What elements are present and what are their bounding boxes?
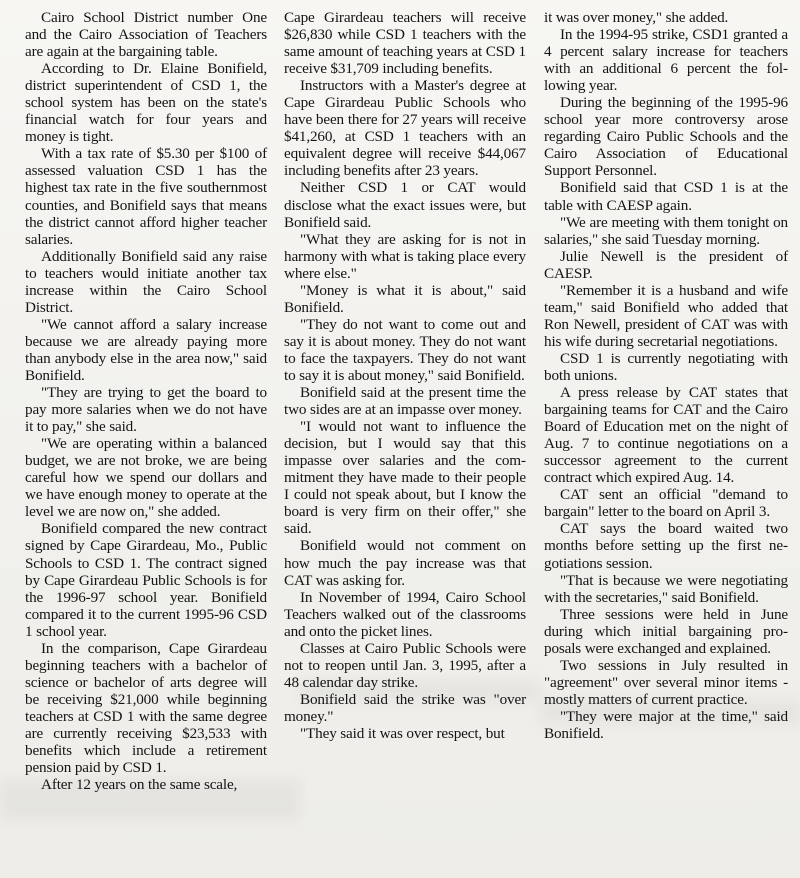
paragraph: CAT sent an official "demand to bargain"… bbox=[544, 486, 788, 520]
paragraph: "They do not want to come out and say it… bbox=[284, 316, 526, 384]
paragraph: Bonifield would not comment on how much … bbox=[284, 537, 526, 588]
paragraph: Neither CSD 1 or CAT would disclose what… bbox=[284, 179, 526, 230]
paragraph: "I would not want to influence the decis… bbox=[284, 418, 526, 537]
paragraph: Julie Newell is the president of CAESP. bbox=[544, 248, 788, 282]
newspaper-clipping: Cairo School District number One and the… bbox=[0, 0, 800, 878]
paragraph: In November of 1994, Cairo School Teache… bbox=[284, 589, 526, 640]
paragraph: "They were major at the time," said Boni… bbox=[544, 708, 788, 742]
paragraph-continued: Cape Girardeau teachers will receive $26… bbox=[284, 9, 526, 77]
paragraph: "We cannot afford a salary increase beca… bbox=[25, 316, 267, 384]
paragraph: "We are meeting with them tonight on sal… bbox=[544, 214, 788, 248]
paragraph: "We are operating within a bal­anced bud… bbox=[25, 435, 267, 520]
paragraph: "What they are asking for is not in harm… bbox=[284, 231, 526, 282]
paragraph: Bonifield said the strike was "over mone… bbox=[284, 691, 526, 725]
paragraph: CSD 1 is currently negotiating with both… bbox=[544, 350, 788, 384]
paragraph: "They said it was over respect, but bbox=[284, 725, 526, 742]
article-column-1: Cairo School District number One and the… bbox=[25, 9, 267, 793]
paragraph-continued: it was over money," she added. bbox=[544, 9, 788, 26]
paragraph: Cairo School District number One and the… bbox=[25, 9, 267, 60]
article-column-3: it was over money," she added. In the 19… bbox=[544, 9, 788, 742]
paragraph: "Remember it is a husband and wife team,… bbox=[544, 282, 788, 350]
paragraph: In the 1994-95 strike, CSD1 granted a 4 … bbox=[544, 26, 788, 94]
paragraph: Additionally Bonifield said any raise to… bbox=[25, 248, 267, 316]
paragraph: A press release by CAT states that barga… bbox=[544, 384, 788, 486]
paragraph: "That is because we were negoti­ating wi… bbox=[544, 572, 788, 606]
paragraph: "Money is what it is about," said Bonifi… bbox=[284, 282, 526, 316]
paragraph: After 12 years on the same scale, bbox=[25, 776, 267, 793]
paragraph: According to Dr. Elaine Bonifield, distr… bbox=[25, 60, 267, 145]
paragraph: In the comparison, Cape Girardeau beginn… bbox=[25, 640, 267, 776]
paragraph: During the beginning of the 1995-96 scho… bbox=[544, 94, 788, 179]
paragraph: "They are trying to get the board to pay… bbox=[25, 384, 267, 435]
paragraph: Bonifield said at the present time the t… bbox=[284, 384, 526, 418]
paragraph: Three sessions were held in June during … bbox=[544, 606, 788, 657]
paragraph: Classes at Cairo Public Schools were not… bbox=[284, 640, 526, 691]
article-column-2: Cape Girardeau teachers will receive $26… bbox=[284, 9, 526, 742]
paragraph: Two sessions in July resulted in "agreem… bbox=[544, 657, 788, 708]
paragraph: CAT says the board waited two months bef… bbox=[544, 520, 788, 571]
paragraph: Instructors with a Master's degree at Ca… bbox=[284, 77, 526, 179]
paragraph: Bonifield compared the new con­tract sig… bbox=[25, 520, 267, 639]
paragraph: With a tax rate of $5.30 per $100 of ass… bbox=[25, 145, 267, 247]
paragraph: Bonifield said that CSD 1 is at the tabl… bbox=[544, 179, 788, 213]
